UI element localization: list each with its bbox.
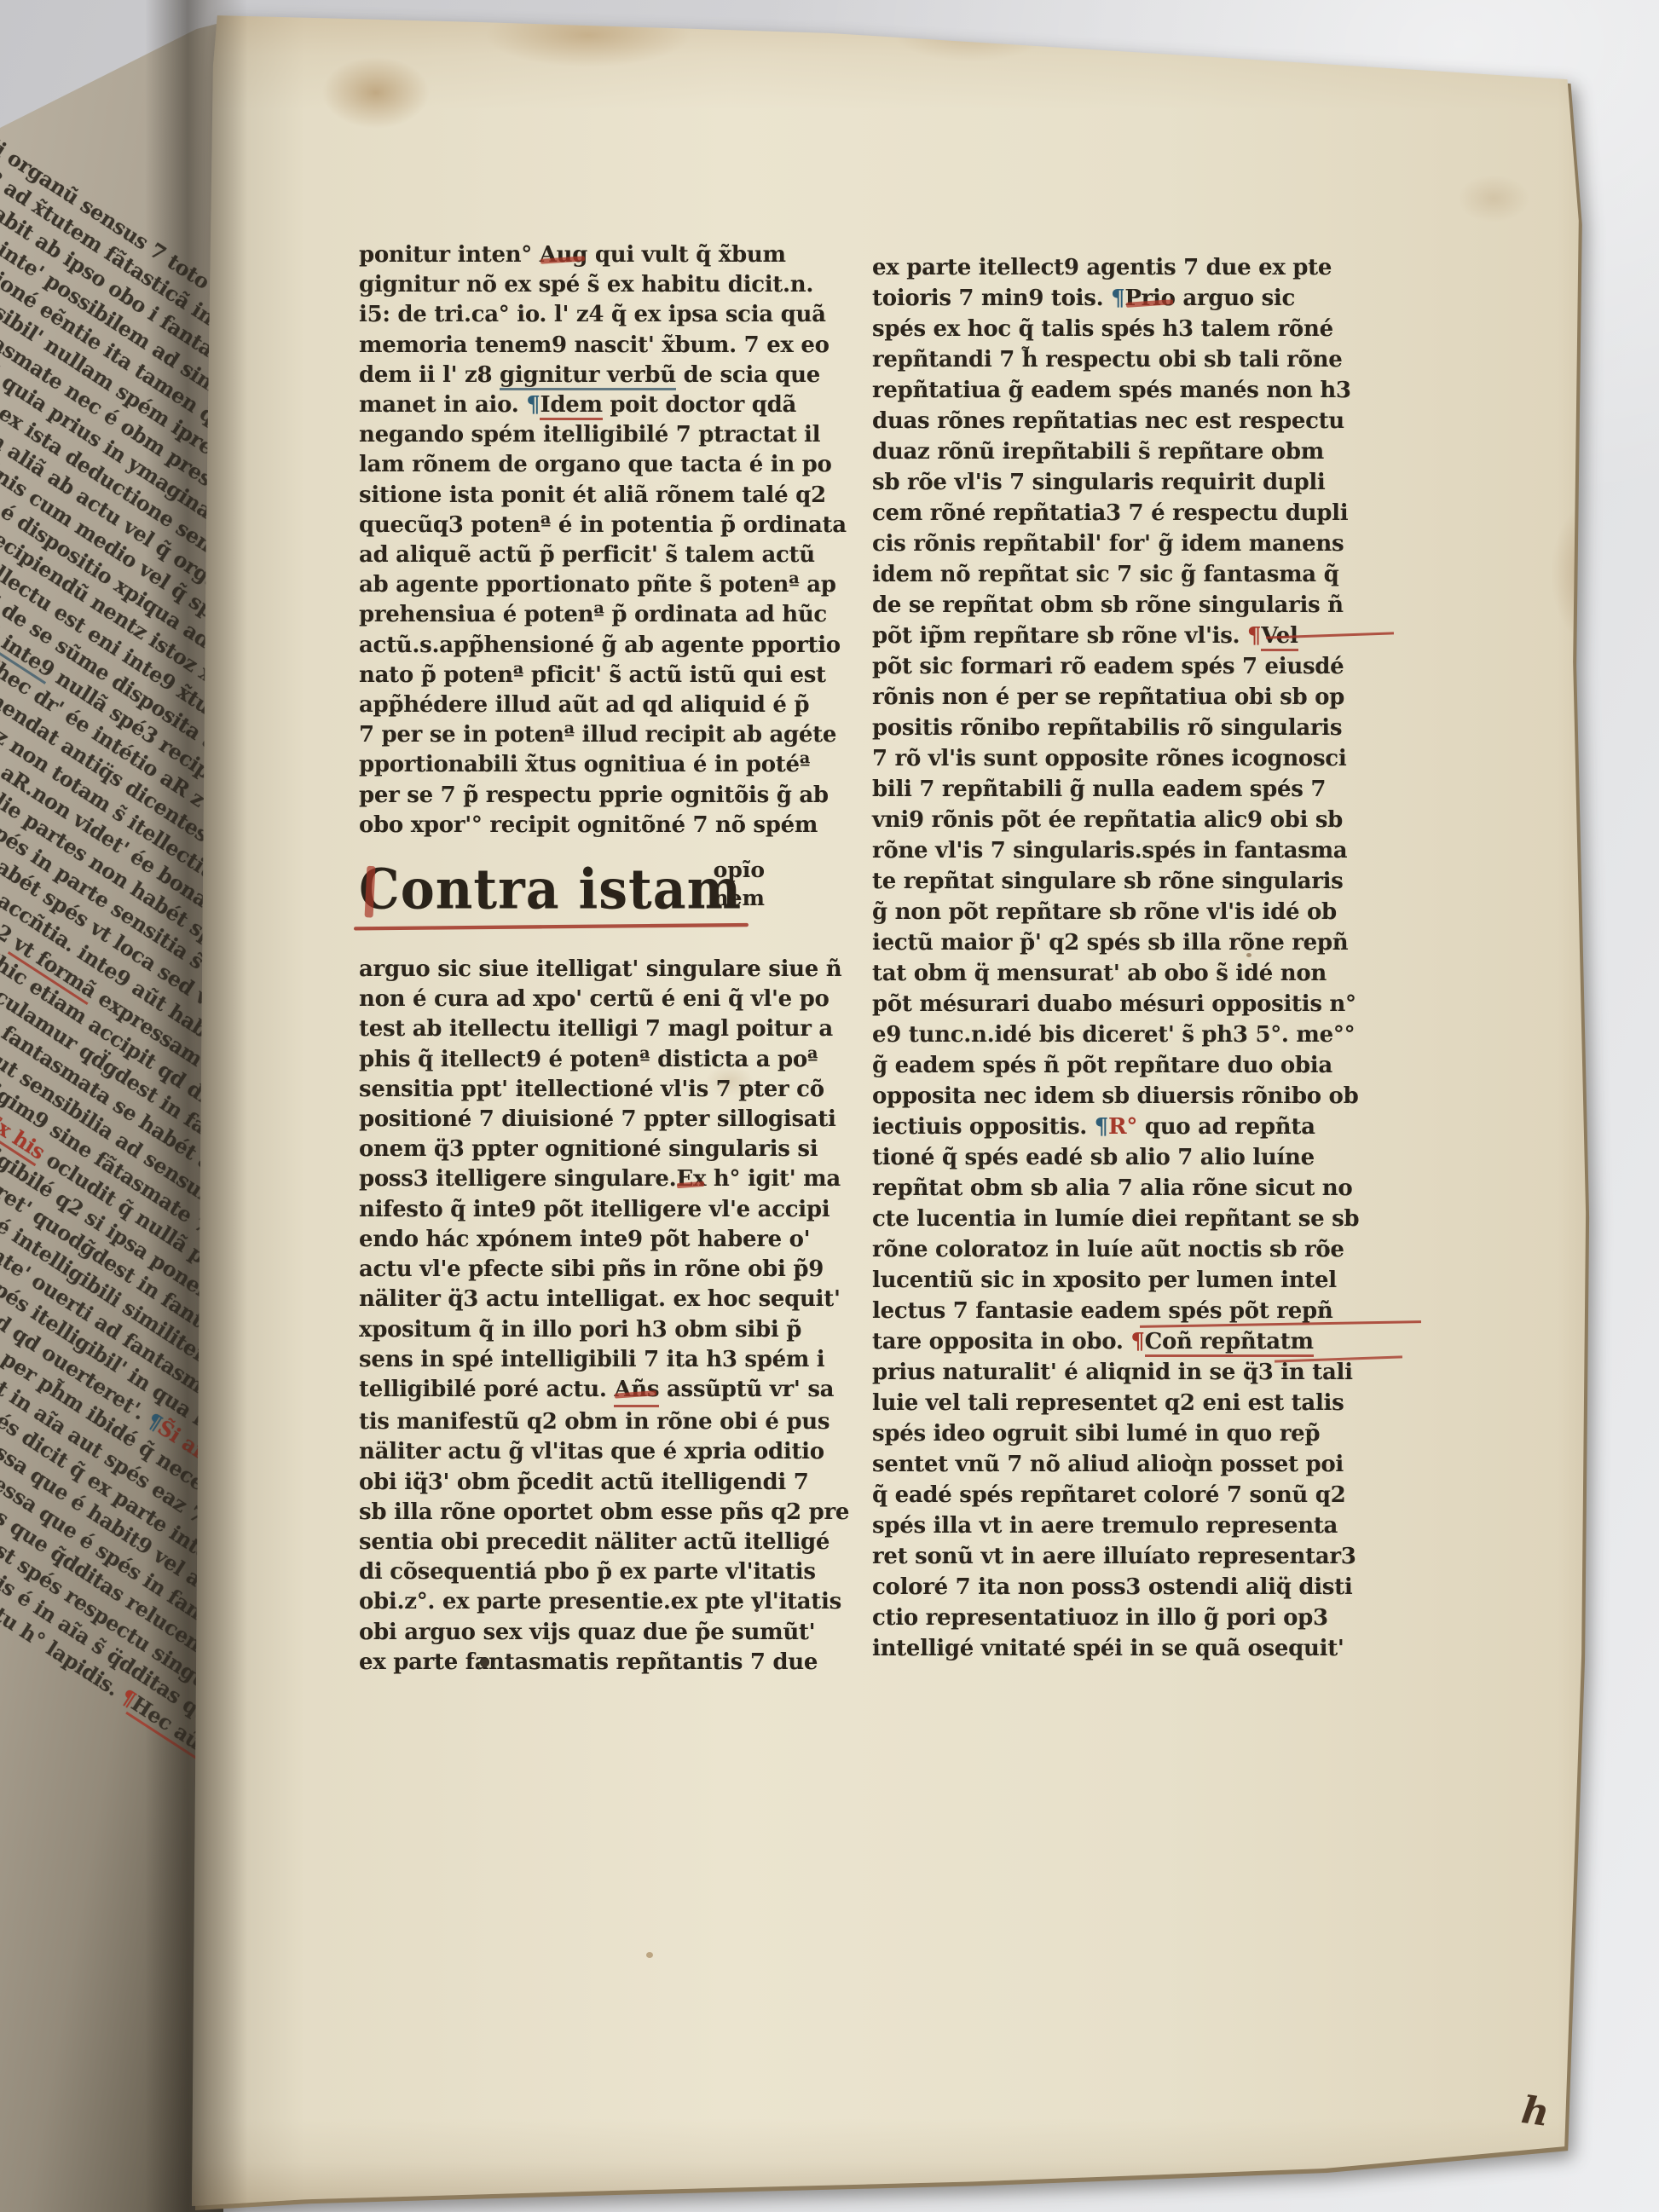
text-line: te repñtat singulare sb rõne singularis: [872, 866, 1293, 897]
text-line: 7 rõ vl'is sunt opposite rõnes icognosci: [872, 743, 1293, 774]
text-line: ex parte itellect9 agentis 7 due ex pte: [872, 252, 1293, 283]
text-line: cte lucentia in lumíe diei repñtant se s…: [872, 1204, 1293, 1234]
text-line: non é cura ad xpo' certũ é eni q̃ vl'e p…: [359, 985, 753, 1014]
text-line: repñtatiua g̃ eadem spés manés non h3: [872, 375, 1293, 406]
text-line: onem q̈3 ppter ognitioné singularis si: [359, 1135, 753, 1164]
text-line: obo xpor'° recipit ognitõné 7 nõ spém: [359, 811, 753, 840]
text-line: pportionabili x̃tus ognitiua é in potéª: [359, 750, 753, 780]
text-line: per se 7 p̃ respectu pprie ognitõis g̃ a…: [359, 781, 753, 811]
heading-side-line: nem: [713, 884, 765, 912]
text-line: nifesto q̃ inte9 põt itelligere vl'e acc…: [359, 1195, 753, 1225]
text-line: luie vel tali representet q2 eni est tal…: [872, 1388, 1293, 1418]
text-line: quecũq3 potenª é in potentia p̃ ordinata: [359, 511, 753, 540]
text-line: obi iq̈3' obm p̃cedit actũ itelligendi 7: [359, 1468, 753, 1498]
text-line: ab agente pportionato pñte s̃ potenª ap: [359, 570, 753, 600]
text-line: vni9 rõnis põt ée repñtatia alic9 obi sb: [872, 805, 1293, 835]
text-line: poss3 itelligere singulare.Ex h° igit' m…: [359, 1164, 753, 1194]
text-line: tis manifestũ q2 obm in rõne obi é pus: [359, 1407, 753, 1437]
text-line: spés illa vt in aere tremulo representa: [872, 1510, 1293, 1541]
text-line: rõne vl'is 7 singularis.spés in fantasma: [872, 835, 1293, 866]
text-line: endo hác xpónem inte9 põt habere o': [359, 1225, 753, 1255]
right-text-column: ex parte itellect9 agentis 7 due ex ptet…: [872, 252, 1293, 1664]
text-line: sb illa rõne oportet obm esse pñs q2 pre: [359, 1498, 753, 1528]
text-line: q̃ eadé spés repñtaret coloré 7 sonũ q2: [872, 1480, 1293, 1510]
text-line: tioné q̃ spés eadé sb alio 7 alio luíne: [872, 1142, 1293, 1173]
text-line: põt sic formari rõ eadem spés 7 eiusdé: [872, 651, 1293, 682]
text-line: positis rõnibo repñtabilis rõ singularis: [872, 713, 1293, 743]
text-line: phis q̃ itellect9 é potenª disticta a po…: [359, 1045, 753, 1075]
text-line: dem ii l' z8 gignitur verbũ de scia que: [359, 361, 753, 390]
text-line: ctio representatiuoz in illo g̃ pori op3: [872, 1603, 1293, 1633]
paper-speck: [754, 1608, 759, 1612]
text-line: manet in aio. ¶Idem poit doctor qdã: [359, 390, 753, 420]
text-line: actu vl'e pfecte sibi pñs in rõne obi p̃…: [359, 1255, 753, 1285]
text-line: lam rõnem de organo que tacta é in po: [359, 450, 753, 480]
text-line: prehensiua é potenª p̃ ordinata ad hũc: [359, 600, 753, 630]
text-line: sentet vnũ 7 nõ aliud alioq̀n posset poi: [872, 1449, 1293, 1480]
text-line: prius naturalit' é aliqnid in se q̈3 in …: [872, 1357, 1293, 1388]
text-line: repñtandi 7 h̃ respectu obi sb tali rõne: [872, 344, 1293, 375]
text-line: ret sonũ vt in aere illuíato representar…: [872, 1541, 1293, 1572]
text-line: i5: de tri.ca° io. l' z4 q̃ ex ipsa scia…: [359, 300, 753, 330]
text-line: 7 per se in potenª illud recipit ab agét…: [359, 720, 753, 750]
text-line: g̃ non põt repñtare sb rõne vl'is idé ob: [872, 897, 1293, 927]
wormhole: [480, 1657, 489, 1667]
text-line: rõnis non é per se repñtatiua obi sb op: [872, 682, 1293, 713]
text-line: sb rõe vl'is 7 singularis requirit dupli: [872, 467, 1293, 498]
text-line: positioné 7 diuisioné 7 ppter sillogisat…: [359, 1105, 753, 1135]
text-line: sens in spé intelligibili 7 ita h3 spém …: [359, 1345, 753, 1375]
text-line: sentia obi precedit näliter actũ itellig…: [359, 1528, 753, 1557]
left-text-column: ponitur inten° Aug qui vult q̃ x̃bumgign…: [359, 240, 753, 1678]
text-line: tat obm q̈ mensurat' ab obo s̃ idé non: [872, 958, 1293, 989]
text-line: intelligé vnitaté spéi in se quã osequit…: [872, 1633, 1293, 1664]
text-line: ad aliquẽ actũ p̃ perficit' s̃ talem act…: [359, 540, 753, 570]
text-line: tare opposita in obo. ¶Coñ repñtatm: [872, 1326, 1293, 1357]
facing-page-edge: l'i organũ sensus 7 toto illoB ad x̃tute…: [0, 0, 223, 2212]
text-line: repñtat obm sb alia 7 alia rõne sicut no: [872, 1173, 1293, 1204]
text-line: ponitur inten° Aug qui vult q̃ x̃bum: [359, 240, 753, 270]
folio-signature-mark: h: [1519, 2088, 1552, 2135]
left-column-upper-lines: ponitur inten° Aug qui vult q̃ x̃bumgign…: [359, 240, 753, 840]
text-line: memoria tenem9 nascit' x̃bum. 7 ex eo: [359, 331, 753, 361]
text-line: telligibilé poré actu. Añs assũptũ vr' s…: [359, 1375, 753, 1407]
text-line: app̃hédere illud aũt ad qd aliquid é p̃: [359, 690, 753, 720]
text-line: sitione ista ponit ét aliã rõnem talé q2: [359, 481, 753, 511]
text-line: de se repñtat obm sb rõne singularis ñ: [872, 590, 1293, 621]
heading-side-line: opĩo: [713, 856, 765, 884]
book-page-wrapper: ponitur inten° Aug qui vult q̃ x̃bumgign…: [192, 0, 1624, 2212]
text-line: obi arguo sex vijs quaz due p̃e sumũt': [359, 1618, 753, 1648]
text-line: ex parte fantasmatis repñtantis 7 due: [359, 1648, 753, 1678]
text-line: põt mésurari duabo mésuri oppositis n°: [872, 989, 1293, 1019]
text-line: sensitia ppt' itellectioné vl'is 7 pter …: [359, 1075, 753, 1105]
text-line: arguo sic siue itelligat' singulare siue…: [359, 955, 753, 985]
paper-speck: [1246, 953, 1251, 957]
text-line: duas rõnes repñtatias nec est respectu: [872, 406, 1293, 436]
text-line: iectiuis oppositis. ¶R° quo ad repñta: [872, 1112, 1293, 1142]
text-line: cis rõnis repñtabil' for' g̃ idem manens: [872, 528, 1293, 559]
text-line: põt ip̃m repñtare sb rõne vl'is. ¶Vel: [872, 621, 1293, 651]
text-line: opposita nec idem sb diuersis rõnibo ob: [872, 1081, 1293, 1112]
left-column-lower-lines: arguo sic siue itelligat' singulare siue…: [359, 955, 753, 1678]
text-line: di cõsequentiá pbo p̃ ex parte vl'itatis: [359, 1557, 753, 1587]
text-line: spés ideo ogruit sibi lumé in quo rep̃: [872, 1418, 1293, 1449]
text-line: e9 tunc.n.idé bis diceret' s̃ ph3 5°. me…: [872, 1019, 1293, 1050]
text-line: bili 7 repñtabili g̃ nulla eadem spés 7: [872, 774, 1293, 805]
chapter-heading-block: Contra istam opĩo nem: [359, 851, 753, 943]
text-line: idem nõ repñtat sic 7 sic g̃ fantasma q̃: [872, 559, 1293, 590]
chapter-heading: Contra istam: [359, 847, 742, 932]
book-page: ponitur inten° Aug qui vult q̃ x̃bumgign…: [192, 0, 1607, 2206]
text-line: näliter q̈3 actu intelligat. ex hoc sequ…: [359, 1285, 753, 1314]
text-line: negando spém itelligibilé 7 ptractat il: [359, 420, 753, 450]
text-line: duaz rõnũ irepñtabili s̃ repñtare obm: [872, 436, 1293, 467]
text-line: g̃ eadem spés ñ põt repñtare duo obia: [872, 1050, 1293, 1081]
text-line: iectũ maior p̃' q2 spés sb illa rõne rep…: [872, 927, 1293, 958]
text-line: obi.z°. ex parte presentie.ex pte vl'ita…: [359, 1587, 753, 1617]
text-line: lucentiũ sic in xposito per lumen intel: [872, 1265, 1293, 1296]
text-line: spés ex hoc q̃ talis spés h3 talem rõné: [872, 314, 1293, 344]
text-line: gignitur nõ ex spé s̃ ex habitu dicit.n.: [359, 270, 753, 300]
text-line: toioris 7 min9 tois. ¶Prio arguo sic: [872, 283, 1293, 314]
text-line: näliter actu g̃ vl'itas que é xpria odit…: [359, 1437, 753, 1467]
text-line: cem rõné repñtatia3 7 é respectu dupli: [872, 498, 1293, 528]
paper-speck: [646, 1952, 653, 1958]
text-line: test ab itellectu itelligi 7 magl poitur…: [359, 1014, 753, 1044]
text-line: nato p̃ potenª pficit' s̃ actũ istũ qui …: [359, 661, 753, 690]
text-line: rõne coloratoz in luíe aũt noctis sb rõe: [872, 1234, 1293, 1265]
text-line: actũ.s.app̃hensioné g̃ ab agente pportio: [359, 631, 753, 661]
text-line: xpositum q̃ in illo pori h3 obm sibi p̃: [359, 1315, 753, 1345]
heading-side-text: opĩo nem: [713, 856, 765, 912]
photograph-of-incunable-opening: l'i organũ sensus 7 toto illoB ad x̃tute…: [0, 0, 1659, 2212]
facing-page-text-fragment: l'i organũ sensus 7 toto illoB ad x̃tute…: [0, 0, 223, 2212]
text-line: lectus 7 fantasie eadem spés põt repñ: [872, 1296, 1293, 1326]
text-line: coloré 7 ita non poss3 ostendi aliq̈ dis…: [872, 1572, 1293, 1603]
